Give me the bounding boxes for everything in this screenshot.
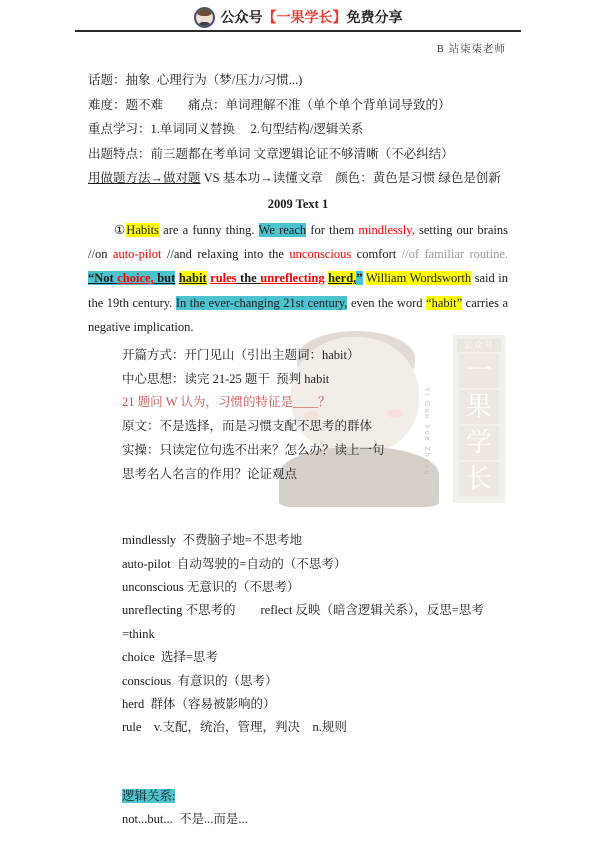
page-header: 公众号【一果学长】免费分享 — [0, 0, 596, 27]
text-segment: 出题特点：前三题都在考单词 文章逻辑论证不够清晰（不必纠结） — [88, 147, 454, 161]
text-segment: //of familiar routine. — [402, 247, 508, 261]
header-divider — [75, 30, 521, 32]
text-segment: are a funny thing. — [159, 223, 259, 237]
text-segment: habit — [179, 271, 207, 285]
text-segment: ① — [114, 223, 126, 237]
text-line: 实操：只读定位句选不出来？怎么办？读上一句 — [122, 439, 508, 463]
text-segment: In the ever-changing 21st century, — [176, 296, 348, 310]
text-segment: rules — [210, 271, 236, 285]
meta-notes: 话题：抽象 心理行为（梦/压力/习惯...)难度：题不难 痛点：单词理解不准（单… — [88, 68, 508, 191]
text-segment: We reach — [259, 223, 307, 237]
text-line: 中心思想：读完 21-25 题干 预判 habit — [122, 368, 508, 392]
text-segment: conscious 有意识的（思考） — [122, 674, 278, 688]
passage-text: ①Habits are a funny thing. We reach for … — [88, 218, 508, 339]
analysis-notes: 开篇方式：开门见山（引出主题词：habit）中心思想：读完 21-25 题干 预… — [122, 344, 508, 486]
text-segment: unconscious 无意识的（不思考） — [122, 580, 299, 594]
text-segment: auto-pilot — [113, 247, 162, 261]
text-segment: the — [237, 271, 261, 285]
text-segment: auto-pilot 自动驾驶的=自动的（不思考） — [122, 557, 346, 571]
text-segment: not...but... 不是...而是... — [122, 812, 248, 826]
text-segment: for them — [306, 223, 358, 237]
text-line: 重点学习：1.单词同义替换 2.句型结构/逻辑关系 — [88, 117, 508, 142]
text-segment: //and relaxing into the — [162, 247, 290, 261]
text-segment: Habits — [126, 223, 159, 237]
text-line: 逻辑关系: — [122, 785, 508, 809]
text-segment: choice 选择=思考 — [122, 650, 218, 664]
text-segment: 话题：抽象 心理行为（梦/压力/习惯...) — [88, 73, 302, 87]
text-segment: unreflecting — [260, 271, 324, 285]
text-segment: 免费分享 — [347, 9, 403, 25]
text-segment: 实操：只读定位句选不出来？怎么办？读上一句 — [122, 443, 385, 457]
text-segment: 公众号 — [221, 9, 263, 25]
text-segment: unreflecting 不思考的 reflect 反映（暗含逻辑关系），反思=… — [122, 603, 484, 640]
text-segment: 开篇方式：开门见山（引出主题词：habit） — [122, 348, 360, 362]
text-segment: 21 题问 W 认为，习惯的特征是____？ — [122, 395, 330, 409]
text-segment: even the word — [347, 296, 426, 310]
text-segment: ” — [356, 271, 362, 285]
text-line: herd 群体（容易被影响的） — [122, 693, 508, 716]
text-segment: but — [154, 271, 176, 285]
text-segment: unconscious — [289, 247, 351, 261]
text-line: conscious 有意识的（思考） — [122, 670, 508, 693]
text-line: unconscious 无意识的（不思考） — [122, 576, 508, 599]
text-segment: herd, — [328, 271, 356, 285]
passage-title: 2009 Text 1 — [88, 192, 508, 217]
text-line: 思考名人名言的作用？论证观点 — [122, 463, 508, 487]
text-line: 话题：抽象 心理行为（梦/压力/习惯...) — [88, 68, 508, 93]
text-segment: 重点学习：1.单词同义替换 2.句型结构/逻辑关系 — [88, 122, 363, 136]
text-segment: mindlessly, — [358, 223, 414, 237]
text-segment: “habit” — [426, 296, 462, 310]
text-segment: 中心思想：读完 21-25 题干 预判 habit — [122, 372, 329, 386]
text-line: rule v.支配，统治，管理，判决 n.规则 — [122, 716, 508, 739]
text-line: not...but... 不是...而是... — [122, 808, 508, 832]
text-segment: mindlessly 不费脑子地=不思考地 — [122, 533, 302, 547]
text-line: 难度：题不难 痛点：单词理解不准（单个单个背单词导致的） — [88, 93, 508, 118]
text-segment: 用做题方法→做对题 — [88, 171, 201, 185]
text-line: choice 选择=思考 — [122, 646, 508, 669]
text-segment: “Not — [88, 271, 117, 285]
header-title: 公众号【一果学长】免费分享 — [221, 7, 403, 27]
vocabulary-list: mindlessly 不费脑子地=不思考地auto-pilot 自动驾驶的=自动… — [122, 529, 508, 740]
text-line: auto-pilot 自动驾驶的=自动的（不思考） — [122, 553, 508, 576]
text-line: 出题特点：前三题都在考单词 文章逻辑论证不够清晰（不必纠结） — [88, 142, 508, 167]
text-line: 开篇方式：开门见山（引出主题词：habit） — [122, 344, 508, 368]
text-segment: 【一果学长】 — [263, 9, 347, 25]
logic-relation-section: 逻辑关系:not...but... 不是...而是... — [122, 785, 508, 832]
text-line: mindlessly 不费脑子地=不思考地 — [122, 529, 508, 552]
text-segment: herd 群体（容易被影响的） — [122, 697, 275, 711]
text-segment: rule v.支配，统治，管理，判决 n.规则 — [122, 720, 347, 734]
text-line: 21 题问 W 认为，习惯的特征是____？ — [122, 391, 508, 415]
text-segment: 难度：题不难 痛点：单词理解不准（单个单个背单词导致的） — [88, 98, 451, 112]
text-segment: 原文：不是选择，而是习惯支配不思考的群体 — [122, 419, 372, 433]
text-line: 原文：不是选择，而是习惯支配不思考的群体 — [122, 415, 508, 439]
text-segment: 逻辑关系: — [122, 789, 175, 803]
text-segment: choice, — [117, 271, 153, 285]
boy-avatar-icon — [194, 7, 215, 28]
text-segment: William Wordsworth — [366, 271, 471, 285]
text-line: 用做题方法→做对题 VS 基本功→读懂文章 颜色：黄色是习惯 绿色是创新 — [88, 166, 508, 191]
text-segment: comfort — [351, 247, 401, 261]
byline: B 站柒柒老师 — [0, 41, 596, 56]
text-segment: VS 基本功→读懂文章 颜色：黄色是习惯 绿色是创新 — [201, 171, 501, 185]
text-segment: 思考名人名言的作用？论证观点 — [122, 467, 297, 481]
document-body: 话题：抽象 心理行为（梦/压力/习惯...)难度：题不难 痛点：单词理解不准（单… — [88, 68, 508, 832]
text-line: unreflecting 不思考的 reflect 反映（暗含逻辑关系），反思=… — [122, 599, 508, 646]
